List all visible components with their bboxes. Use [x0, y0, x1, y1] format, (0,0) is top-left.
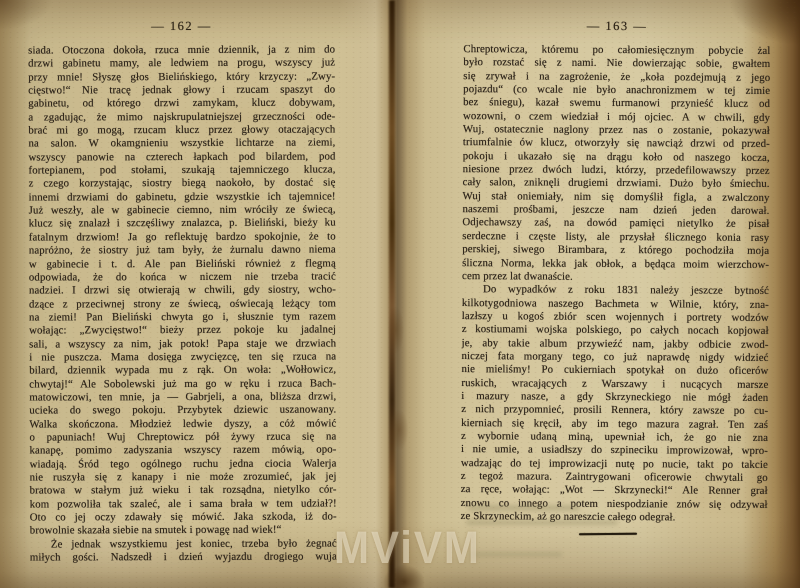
- page-text: Chreptowicza, któremu po całomiesięcznym…: [461, 43, 771, 525]
- show-through-smudge: [470, 552, 562, 557]
- page-number: — 162 —: [28, 18, 335, 34]
- page-162: — 162 — siada. Otoczona dokoła, rzuca mn…: [28, 43, 337, 564]
- text-line: matowiczowi, ten mnie, ja — Gabrjeli, a …: [29, 390, 336, 404]
- text-line: na ziemi! Pan Bieliński chwyta go i, słu…: [29, 310, 336, 324]
- text-line: siada. Otoczona dokoła, rzuca mnie dzien…: [28, 43, 335, 57]
- book-gutter: [389, 0, 395, 588]
- text-line: bratowa w stałym już wieku i tak rozsądn…: [30, 484, 337, 498]
- text-line: na salon. W okamgnieniu wszystkie lichta…: [28, 137, 335, 151]
- text-line: bilard, dziennik wypada mu z rąk. On woł…: [29, 364, 336, 378]
- text-line: kom pozwoliła tak szaleć, ale i sama bra…: [30, 497, 337, 511]
- watermark: MViVM: [334, 525, 481, 570]
- text-line: ze Skrzyneckim, aż go nareszcie całego o…: [461, 510, 768, 525]
- text-line: Walka skończona. Młodzież ledwie dyszy, …: [29, 417, 336, 431]
- text-line: wołając: „Zwycięstwo!“ bieży przez pokoj…: [29, 324, 336, 338]
- text-line: browolnie skazała siebie na smutek i pow…: [30, 524, 337, 538]
- text-line: perskiej, siwego Birambara, z którego po…: [462, 243, 769, 258]
- text-line: Oto co jej oczy zdawały się mówić. Jaka …: [30, 510, 337, 524]
- text-line: gabinetu, od którego drzwi zamykam, kluc…: [28, 97, 335, 111]
- text-line: kanapę, pomimo zadyszania wszyscy razem …: [29, 444, 336, 458]
- text-line: sali, a wszyscy za nim, jak potok! Papa …: [29, 337, 336, 351]
- text-line: Już weszły, ale w gabinecie ciemno, nim …: [29, 204, 336, 218]
- text-line: przy mnie! Słyszę głos Bielińskiego, któ…: [28, 70, 335, 84]
- text-line: nadziei. I drzwi się otwierają w chwili,…: [29, 284, 336, 298]
- text-line: Do wypadków z roku 1831 należy jeszcze b…: [462, 283, 769, 298]
- text-line: klucz się znalazł i szczęśliwy znalazca,…: [29, 217, 336, 231]
- page-number: — 163 —: [464, 18, 771, 35]
- text-line: w gabinecie i t. d. Ale pan Bieliński ró…: [29, 257, 336, 271]
- end-of-chapter-rule: [579, 533, 637, 536]
- text-line: z kostiumami wojska polskiego, po całych…: [462, 323, 769, 338]
- text-line: dzące z przeciwnej strony ze świecą, ośw…: [29, 297, 336, 311]
- book-scan: — 162 — siada. Otoczona dokoła, rzuca mn…: [0, 0, 800, 588]
- text-line: i nie umie, a usiadłszy do szpineciku im…: [461, 443, 768, 458]
- text-line: miłych gości. Nadszedł i dzień wyjazdu d…: [30, 551, 337, 565]
- text-line: wszyscy panowie na czterech łapkach pod …: [28, 150, 335, 164]
- gutter-shadow: [338, 0, 462, 588]
- text-line: odpowiada, że do końca w niczem nie trze…: [29, 270, 336, 284]
- text-line: nie mieliśmy! Po cukierniach spotykał on…: [461, 363, 768, 378]
- text-line: napróżno, że siostry już tam były, że żu…: [29, 244, 336, 258]
- text-line: fortepianem, pod stołami, szukają tajemn…: [29, 164, 336, 178]
- text-line: brać mi go mogą, rzucam klucz przez głow…: [28, 124, 335, 138]
- text-line: z czego korzystając, siostry biegą naoko…: [29, 177, 336, 191]
- text-line: wiadają. Śród tego ogólnego ruchu jedna …: [30, 457, 337, 471]
- text-line: o papuniach! Wuj Chreptowicz pół żywy rz…: [29, 430, 336, 444]
- text-line: i nie puszcza. Mama dosięga zwycięzcę, t…: [29, 350, 336, 364]
- text-line: Że jednak wszystkiemu jest koniec, trzeb…: [30, 537, 337, 551]
- text-line: nie ruszyła się z kanapy i nie może zroz…: [30, 470, 337, 484]
- text-line: ucieka do swego pokoju. Przybytek dziewi…: [29, 404, 336, 418]
- text-line: fatalnym drzwiom! Ja go reflektuję bardz…: [29, 230, 336, 244]
- text-line: a zgadując, że mimo najskrupulatniejszej…: [28, 110, 335, 124]
- page-163: — 163 — Chreptowicza, któremu po całomie…: [461, 43, 771, 525]
- page-text: siada. Otoczona dokoła, rzuca mnie dzien…: [28, 43, 337, 564]
- text-line: z nich przypomnieć, prosili Rennera, któ…: [461, 403, 768, 418]
- text-line: drzwi gabinetu mamy, ale ledwiem na prog…: [28, 57, 335, 71]
- text-line: innemi drzwiami do gabinetu, gdzie wszys…: [29, 190, 336, 204]
- text-line: cięstwo!“ Nie tracę jednak głowy i rzuca…: [28, 83, 335, 97]
- text-line: chwytaj!“ Ale Sobolewski już ma go w ręk…: [29, 377, 336, 391]
